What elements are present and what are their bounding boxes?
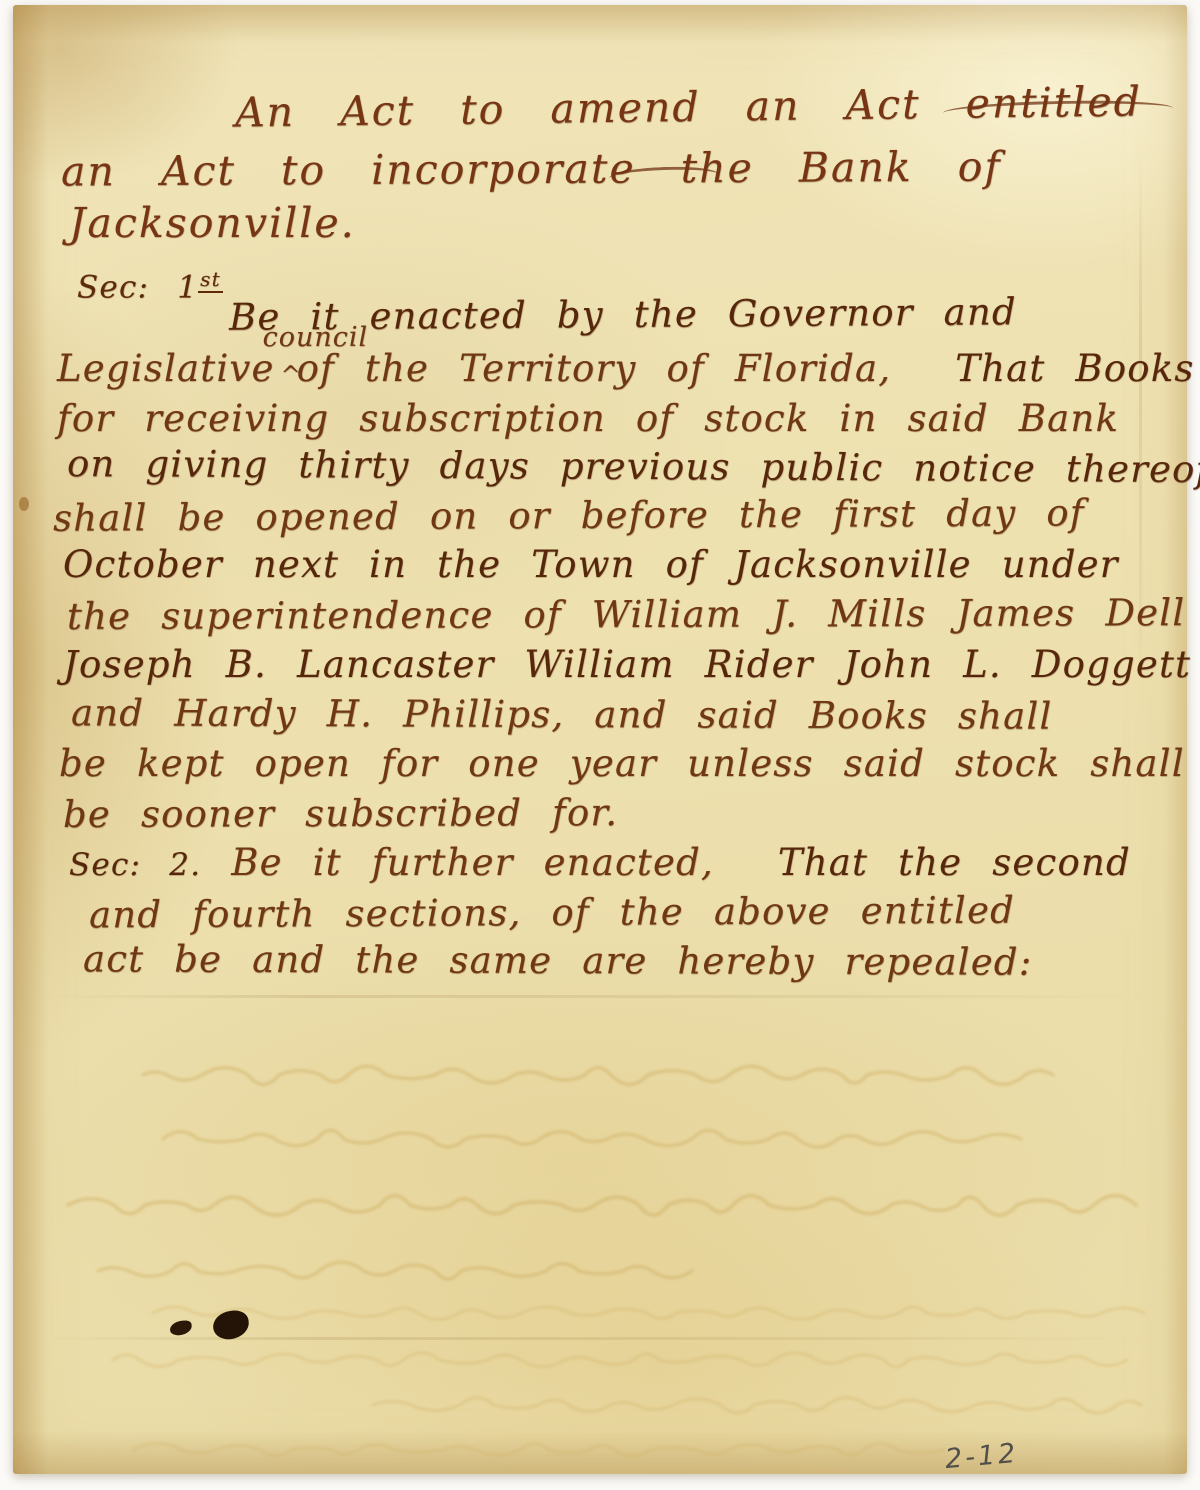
body-text: of the Territory of Florida, (297, 347, 892, 390)
section-2-line: Sec: 2. Be it further enacted,That the s… (69, 841, 1131, 884)
body-text: Be it further enacted, (231, 841, 714, 884)
body-line: on giving thirty days previous public no… (67, 442, 1200, 491)
body-line: be sooner subscribed for. (63, 791, 618, 836)
body-line: be kept open for one year unless said st… (59, 742, 1185, 785)
body-line: Joseph B. Lancaster William Rider John L… (63, 643, 1191, 686)
body-text: That the second (778, 841, 1131, 884)
body-line: the superintendence of William J. Mills … (67, 591, 1185, 638)
body-line: act be and the same are hereby repealed: (83, 937, 1033, 983)
section-2-label: Sec: 2. (69, 847, 201, 883)
page-number-annotation: 2-12 (944, 1438, 1020, 1475)
manuscript-page: An Act to amend an Act entitled an Act t… (13, 5, 1187, 1474)
body-line: and fourth sections, of the above entitl… (89, 889, 1015, 937)
section-1-number: Sec: 1 (77, 269, 198, 305)
bleed-through-text (13, 1045, 1187, 1465)
title-line: Jacksonville. (69, 199, 356, 247)
title-line: an Act to incorporate the Bank of (61, 143, 1002, 196)
body-line: for receiving subscription of stock in s… (57, 397, 1119, 440)
body-text: That Books (955, 347, 1194, 390)
body-line: shall be opened on or before the first d… (53, 491, 1085, 539)
caret-mark: ^ (281, 361, 302, 389)
section-1-label: Sec: 1st (77, 267, 223, 305)
body-text: Legislative (57, 347, 275, 390)
inserted-word: council (263, 322, 369, 353)
body-line-with-insertion: Legislativecouncil^of the Territory of F… (57, 347, 1195, 390)
body-line: October next in the Town of Jacksonville… (63, 543, 1119, 586)
section-1-ordinal: st (198, 267, 223, 293)
body-line: and Hardy H. Phillips, and said Books sh… (71, 691, 1053, 737)
scan-background: An Act to amend an Act entitled an Act t… (0, 0, 1200, 1490)
paper-stain (19, 497, 29, 511)
fold-crease (13, 995, 1187, 998)
